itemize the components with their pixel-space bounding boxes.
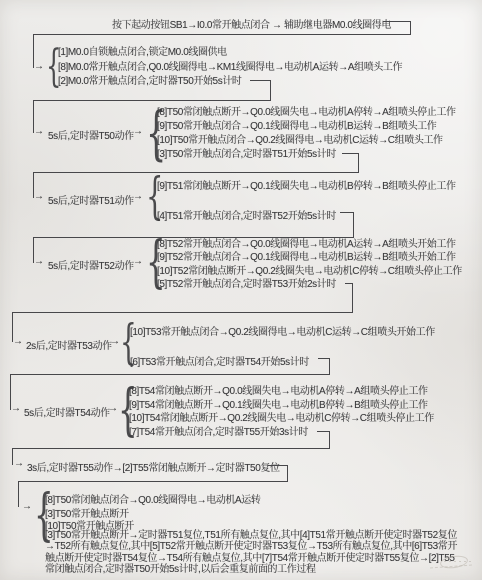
connector-line — [33, 237, 354, 238]
connector-line — [18, 481, 19, 507]
flow-item: [5]T52常开触点闭合,定时器T53开始2s计时 — [157, 278, 462, 291]
flow-item: [8]T50常闭触点闭合→Q0.0线圈得电→电动机A运转 — [45, 491, 261, 506]
connector-line — [33, 172, 34, 198]
flow-arrow-icon: → — [133, 127, 143, 137]
flow-arrow-icon: → — [110, 337, 120, 347]
connector-line — [12, 448, 13, 465]
stage-4-items: [8]T52常开触点闭合→Q0.0线圈得电→电动机A运转→A组喷头开始工作 [9… — [157, 238, 462, 291]
t55-reset-line: 3s后,定时器T55动作→[2]T55常闭触点断开→定时器T50复位 — [27, 459, 280, 474]
connector-line — [352, 283, 353, 312]
stage-label: 2s后,定时器T53动作 — [26, 337, 112, 352]
stage-6-items: [8]T54常闭触点断开→Q0.0线圈失电→电动机A停转→A组喷头停止工作 [9… — [129, 385, 434, 439]
connector-line — [33, 237, 34, 263]
connector-line — [383, 21, 411, 22]
flow-item: [6]T53常开触点闭合,定时器T54开始5s计时 — [130, 353, 309, 368]
scanned-flow-diagram: 按下起动按钮SB1→I0.0常开触点闭合 → 辅助继电器M0.0线圈得电 → {… — [0, 0, 482, 580]
connector-line — [353, 212, 354, 237]
connector-line — [340, 212, 354, 213]
flow-arrow-icon: → — [34, 192, 44, 202]
connector-line — [342, 153, 359, 154]
connector-line — [33, 34, 411, 35]
connector-line — [12, 312, 13, 342]
connector-line — [287, 465, 288, 481]
flow-item: [10]T53常开触点闭合→Q0.2线圈得电→电动机C运转→C组喷头开始工作 — [130, 323, 435, 338]
stage-1-items: [1]M0.0自锁触点闭合,锁定M0.0线圈供电 [8]M0.0常开触点闭合,Q… — [58, 46, 402, 90]
connector-line — [329, 431, 330, 448]
flow-item: [9]T50常开触点闭合→Q0.1线圈得电→电动机B运转→B组喷头工作 — [157, 120, 456, 134]
connector-line — [10, 374, 330, 375]
flow-arrow-icon: → — [13, 337, 23, 347]
flow-arrow-icon: → — [34, 127, 44, 137]
connector-line — [33, 100, 34, 133]
reset-cascade-paragraph: [3]T50常开触点断开→定时器T51复位,T51所有触点复位,其中[4]T51… — [45, 530, 463, 576]
connector-line — [33, 100, 271, 101]
flow-arrow-icon: → — [22, 502, 32, 512]
flow-item: [8]M0.0常开触点闭合,Q0.0线圈得电→KM1线圈得电→电动机A运转→A组… — [58, 61, 402, 76]
flow-item: [3]T50常开触点闭合,定时器T51开始5s计时 — [157, 148, 456, 162]
connector-line — [268, 465, 288, 466]
connector-line — [329, 358, 330, 374]
flow-item: [1]M0.0自锁触点闭合,锁定M0.0线圈供电 — [58, 46, 402, 61]
flow-item: [9]T51常闭触点断开→Q0.1线圈失电→电动机B停转→B组喷头停止工作 — [157, 177, 456, 192]
stage-label: 5s后,定时器T50动作 — [48, 127, 134, 142]
flow-item: [8]T50常闭触点断开→Q0.0线圈失电→电动机A停转→A组喷头停止工作 — [157, 106, 456, 120]
flow-item: [8]T52常开触点闭合→Q0.0线圈得电→电动机A运转→A组喷头开始工作 — [157, 238, 462, 251]
flow-item: [10]T50常开触点闭合→Q0.2线圈得电→电动机C运转→C组喷头工作 — [157, 134, 456, 148]
flow-arrow-icon: → — [14, 459, 24, 469]
connector-line — [10, 374, 11, 410]
flow-arrow-icon: → — [34, 257, 44, 267]
flow-arrow-icon: → — [133, 192, 143, 202]
flow-item: [9]T54常闭触点断开→Q0.1线圈失电→电动机B停转→B组喷头停止工作 — [129, 399, 434, 413]
flow-item: [10]T52常闭触点断开→Q0.2线圈失电→电动机C停转→C组喷头停止工作 — [157, 265, 462, 278]
connector-line — [18, 481, 288, 482]
flow-arrow-icon: → — [108, 404, 118, 414]
stage-label: 5s后,定时器T52动作 — [48, 257, 134, 272]
stage-label: 5s后,定时器T54动作 — [24, 404, 110, 419]
flow-item: [9]T52常开触点闭合→Q0.1线圈得电→电动机B运转→B组喷头开始工作 — [157, 251, 462, 264]
flow-item: [7]T54常开触点闭合,定时器T55开始3s计时 — [129, 426, 434, 440]
connector-line — [270, 80, 271, 100]
watermark-smudge — [444, 561, 474, 562]
connector-line — [33, 172, 359, 173]
stage-2-items: [8]T50常闭触点断开→Q0.0线圈失电→电动机A停转→A组喷头停止工作 [9… — [157, 106, 456, 162]
connector-line — [12, 312, 353, 313]
flow-arrow-icon: → — [34, 62, 44, 72]
connector-line — [12, 448, 330, 449]
flow-arrow-icon: → — [133, 257, 143, 267]
diagram-title: 按下起动按钮SB1→I0.0常开触点闭合 → 辅助继电器M0.0线圈得电 — [112, 16, 391, 31]
stage-label: 5s后,定时器T51动作 — [48, 192, 134, 207]
flow-item: [4]T51常开触点闭合,定时器T52开始5s计时 — [157, 207, 336, 222]
connector-line — [358, 153, 359, 172]
flow-item: [2]M0.0常开触点闭合,定时器T50开始5s计时 — [58, 75, 402, 90]
flow-arrow-icon: → — [11, 404, 21, 414]
flow-item: [8]T54常闭触点断开→Q0.0线圈失电→电动机A停转→A组喷头停止工作 — [129, 385, 434, 399]
connector-line — [410, 21, 411, 35]
connector-line — [33, 34, 34, 68]
connector-line — [250, 80, 271, 81]
flow-item: [10]T54常闭触点断开→Q0.2线圈失电→电动机C停转→C组喷头停止工作 — [129, 412, 434, 426]
